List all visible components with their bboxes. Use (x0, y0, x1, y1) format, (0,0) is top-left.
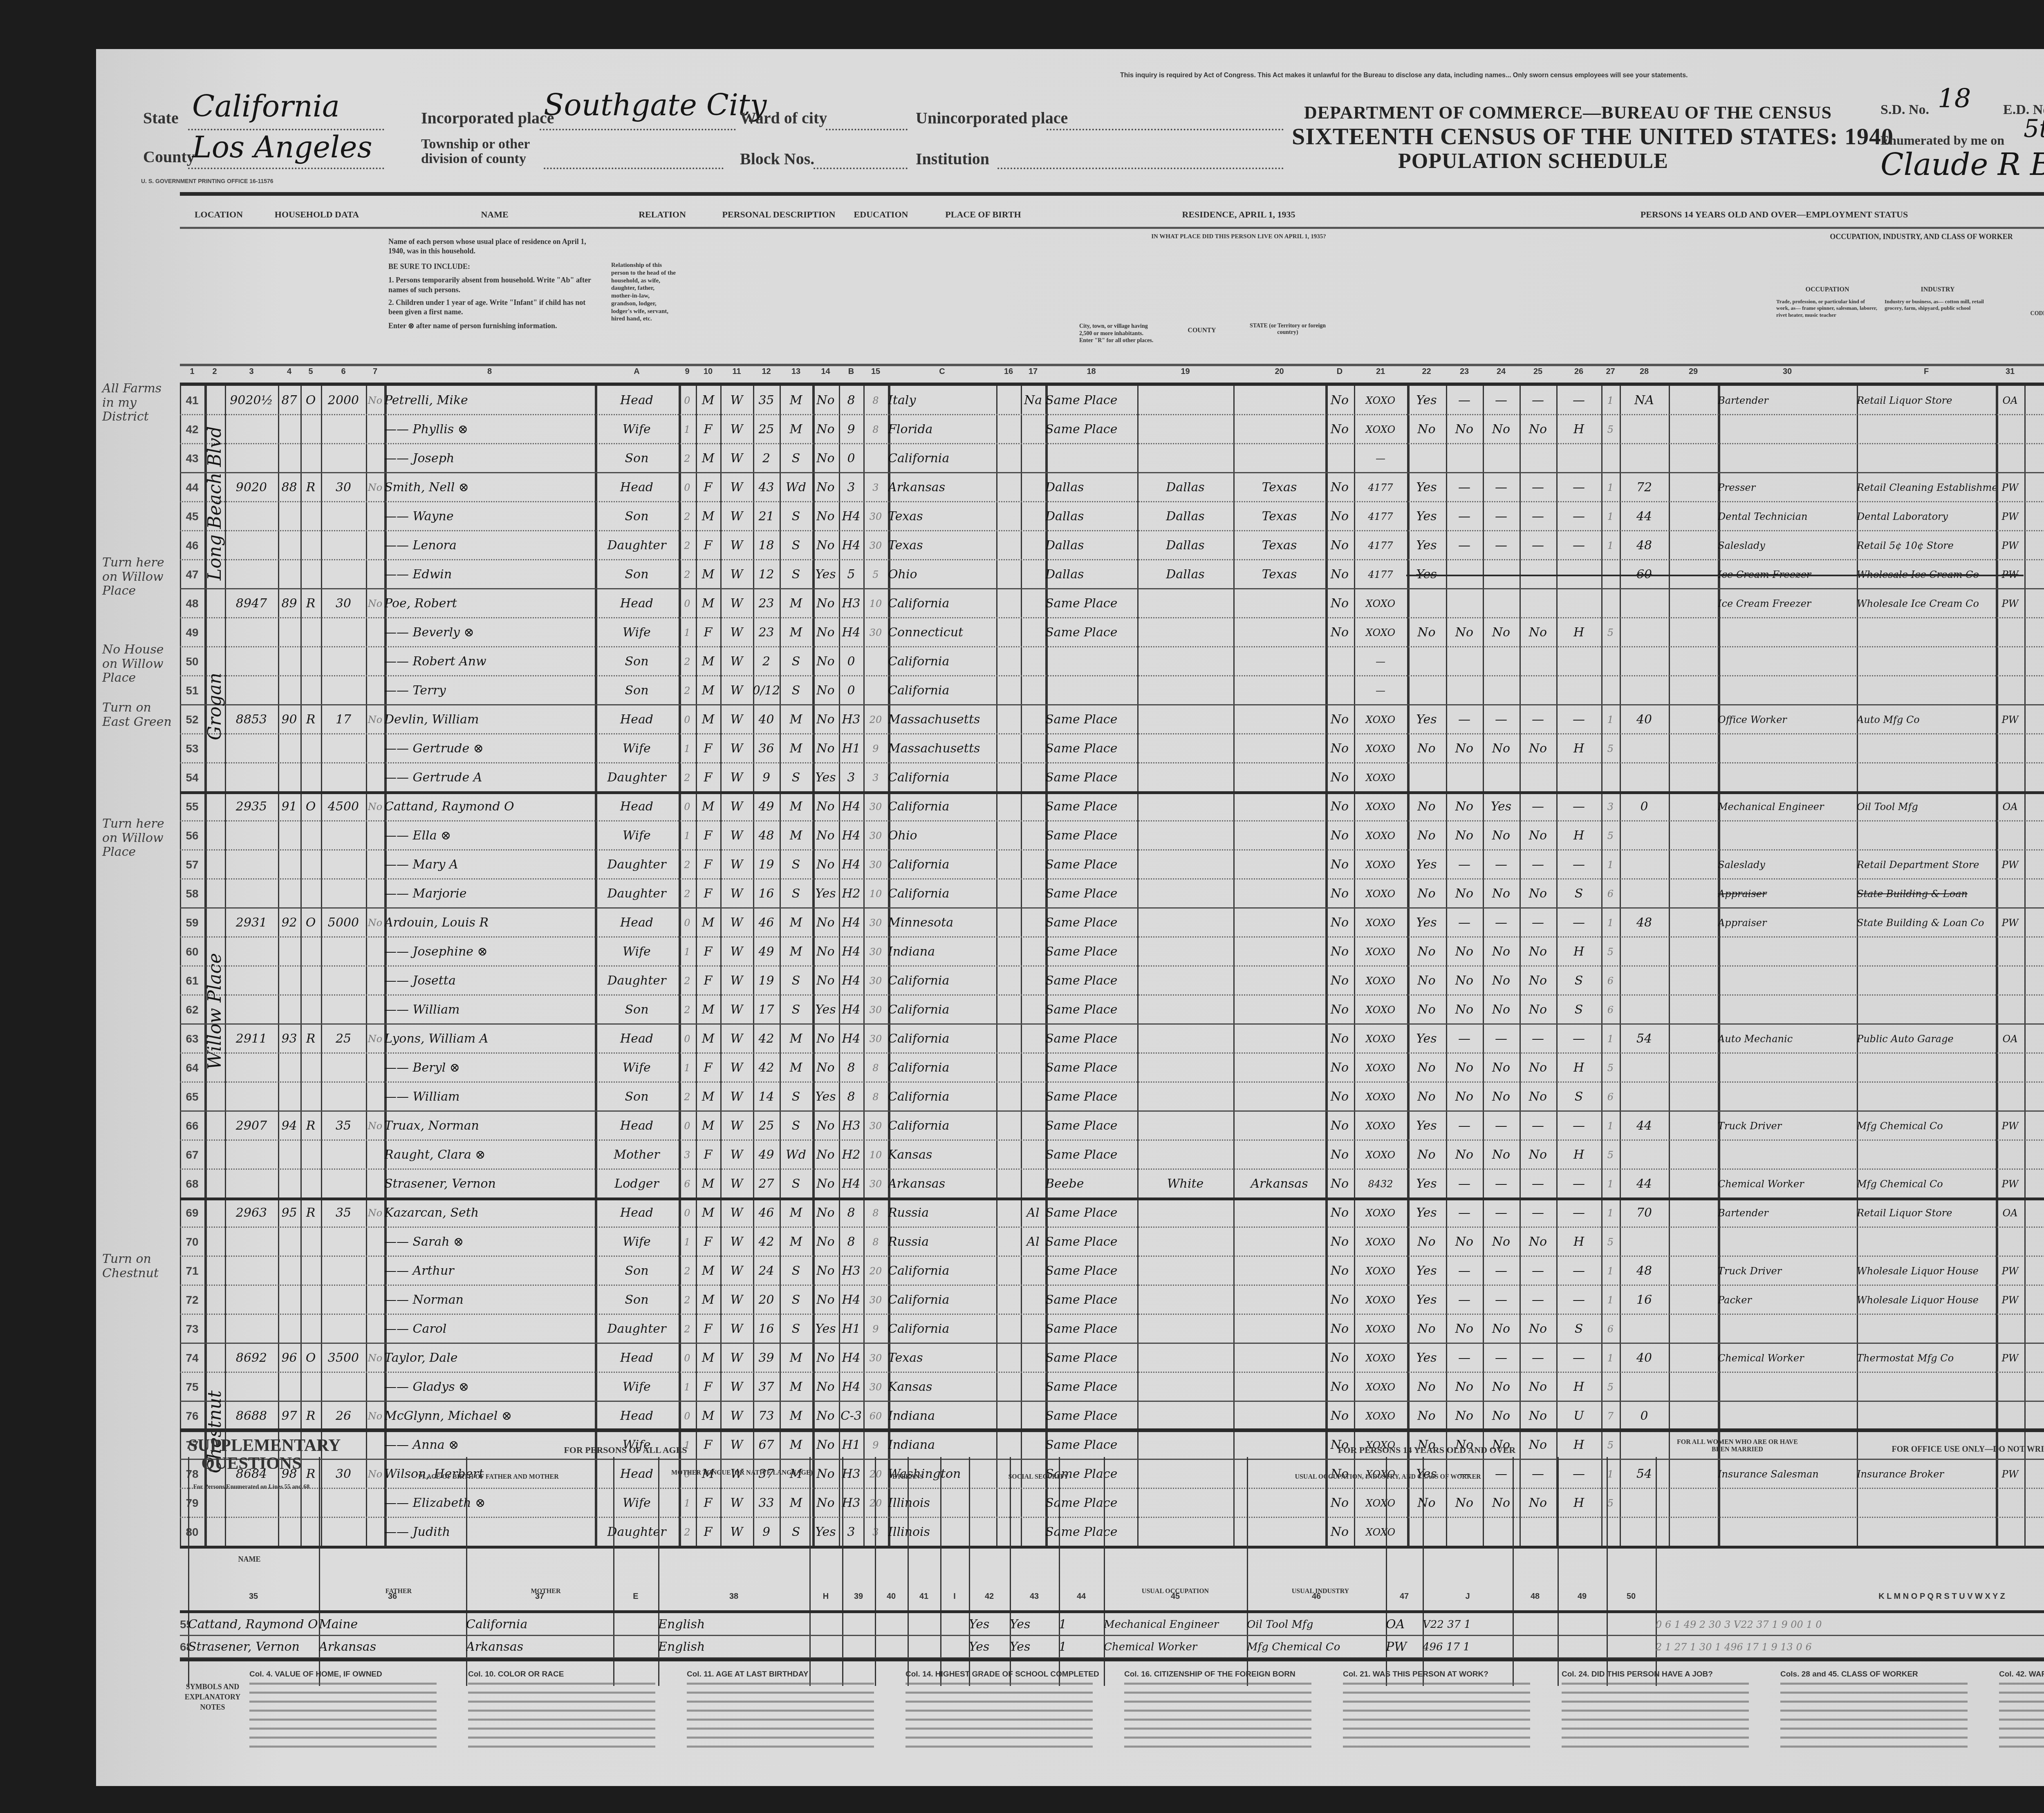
cell-race: W (720, 792, 753, 821)
cell-code-c (996, 1024, 1021, 1053)
cell-farm: No (366, 1198, 384, 1227)
column-number: 30 (1718, 367, 1857, 383)
cell-occupation (1718, 1227, 1857, 1256)
cell-industry (1857, 676, 1996, 705)
cell-age: 24 (753, 1256, 780, 1285)
cell-birthplace: California (888, 763, 996, 792)
cell-w25: — (1556, 502, 1601, 531)
column-number-row: 12345678A91011121314B15C1617181920D21222… (180, 367, 2044, 383)
cell-occupation (1718, 734, 1857, 763)
cell-res-city: Same Place (1045, 1227, 1137, 1256)
table-row: 68Strasener, VernonLodger6MW27SNoH430Ark… (180, 1169, 2044, 1198)
column-number: 20 (1233, 367, 1325, 383)
cell-sex: M (696, 647, 720, 676)
cell-farm (366, 1256, 384, 1285)
cell-w22: No (1446, 1372, 1483, 1401)
cell-school: No (812, 734, 839, 763)
cell-house (225, 1140, 278, 1169)
cell-w23: — (1483, 1169, 1520, 1198)
supp-cell-w48 (1513, 1613, 1558, 1636)
table-row: 71—— ArthurSon2MW24SNoH320CaliforniaSame… (180, 1256, 2044, 1285)
cell-w21: Yes (1407, 705, 1446, 734)
cell-house: 9020½ (225, 386, 278, 415)
cell-code-c (996, 966, 1021, 995)
cell-farm35: No (1325, 966, 1354, 995)
cell-grade: 8 (839, 1227, 863, 1256)
cell-farm35: No (1325, 1053, 1354, 1082)
cell-school: No (812, 589, 839, 618)
group-relation: RELATION (609, 202, 715, 227)
table-row: 55293591O4500NoCattand, Raymond OHead0MW… (180, 792, 2044, 821)
cell-code-a: 1 (679, 618, 696, 647)
name-instructions: Name of each person whose usual place of… (388, 237, 601, 331)
cell-line: 54 (180, 763, 204, 792)
column-number: 31 (1996, 367, 2024, 383)
cell-line: 62 (180, 995, 204, 1024)
group-household: HOUSEHOLD DATA (251, 202, 382, 227)
cell-code-e: 5 (1601, 937, 1620, 966)
supp-cell-name: Cattand, Raymond O (188, 1613, 319, 1636)
table-row: 69296395R35NoKazarcan, SethHead0MW46MNo8… (180, 1198, 2044, 1227)
cell-citizen (1021, 734, 1045, 763)
cell-w24: No (1520, 1401, 1556, 1430)
cell-sex: M (696, 995, 720, 1024)
cell-hours (1620, 647, 1669, 676)
supp-column-number: 44 (1059, 1592, 1104, 1608)
column-number: 22 (1407, 367, 1446, 383)
cell-farm: No (366, 386, 384, 415)
cell-code-f (2024, 1314, 2044, 1343)
cell-w21 (1407, 763, 1446, 792)
cell-hours (1620, 1082, 1669, 1111)
cell-school: No (812, 821, 839, 850)
cell-value (321, 676, 366, 705)
cell-code-c (996, 560, 1021, 589)
cell-birthplace: Indiana (888, 1401, 996, 1430)
supp-cell-w49 (1558, 1636, 1607, 1658)
cell-house: 8853 (225, 705, 278, 734)
cell-age: 42 (753, 1227, 780, 1256)
cell-res-city: Same Place (1045, 937, 1137, 966)
cell-race: W (720, 386, 753, 415)
cell-hours (1620, 966, 1669, 995)
cell-res-state (1233, 618, 1325, 647)
cell-weeks-unemp (1669, 995, 1718, 1024)
cell-school: No (812, 908, 839, 937)
cell-birthplace: Ohio (888, 560, 996, 589)
cell-code-b: 3 (863, 763, 888, 792)
schedule-title: POPULATION SCHEDULE (1398, 149, 1668, 173)
cell-res-county (1137, 1082, 1233, 1111)
supp-cell-tongue: English (658, 1636, 809, 1658)
cell-res-state (1233, 908, 1325, 937)
cell-code-d: XOXO (1354, 705, 1407, 734)
cell-code-c (996, 995, 1021, 1024)
cell-tenure (300, 1372, 321, 1401)
cell-age: 36 (753, 734, 780, 763)
cell-hours: 48 (1620, 1256, 1669, 1285)
cell-street (204, 1227, 225, 1256)
cell-line: 49 (180, 618, 204, 647)
cell-relation: Wife (595, 1053, 679, 1082)
cell-code-e: 1 (1601, 531, 1620, 560)
cell-farm (366, 821, 384, 850)
cell-line: 52 (180, 705, 204, 734)
cell-industry (1857, 1082, 1996, 1111)
cell-code-b: 30 (863, 531, 888, 560)
cell-res-state (1233, 705, 1325, 734)
group-location: LOCATION (188, 202, 249, 227)
cell-value: 30 (321, 473, 366, 502)
cell-w25 (1556, 676, 1601, 705)
table-row: 53—— Gertrude ⊗Wife1FW36MNoH19Massachuse… (180, 734, 2044, 763)
cell-relation: Head (595, 1343, 679, 1372)
cell-relation: Mother (595, 1140, 679, 1169)
cell-relation: Son (595, 995, 679, 1024)
cell-res-state (1233, 415, 1325, 444)
cell-code-f: 496 88 1 (2024, 473, 2044, 502)
cell-school: No (812, 1256, 839, 1285)
cell-w21: Yes (1407, 1285, 1446, 1314)
table-row: 63291193R25NoLyons, William AHead0MW42MN… (180, 1024, 2044, 1053)
cell-class (1996, 821, 2024, 850)
cell-citizen (1021, 1372, 1045, 1401)
cell-code-f: 493 17 1 (2024, 1169, 2044, 1198)
cell-weeks-unemp (1669, 618, 1718, 647)
cell-name: Ardouin, Louis R (384, 908, 595, 937)
cell-farm (366, 1285, 384, 1314)
cell-race: W (720, 1053, 753, 1082)
cell-age: 42 (753, 1024, 780, 1053)
cell-farm (366, 734, 384, 763)
cell-hours: 0 (1620, 792, 1669, 821)
cell-hh (278, 560, 300, 589)
cell-w23: No (1483, 1227, 1520, 1256)
cell-tenure: R (300, 473, 321, 502)
supp-cell-ss42: Yes (969, 1613, 1010, 1636)
cell-age: 2 (753, 647, 780, 676)
supp-column-number: H (809, 1592, 842, 1608)
cell-marital: M (780, 1198, 812, 1227)
cell-res-state: Texas (1233, 473, 1325, 502)
industry-instructions: Industry or business, as— cotton mill, r… (1885, 298, 1991, 312)
cell-code-d: XOXO (1354, 1372, 1407, 1401)
table-row: 60—— Josephine ⊗Wife1FW49MNoH430IndianaS… (180, 937, 2044, 966)
cell-hh (278, 1053, 300, 1082)
cell-relation: Son (595, 1256, 679, 1285)
table-row: 48894789R30NoPoe, RobertHead0MW23MNoH310… (180, 589, 2044, 618)
cell-grade: H1 (839, 734, 863, 763)
cell-w21: Yes (1407, 473, 1446, 502)
cell-weeks-unemp (1669, 386, 1718, 415)
cell-age: 2 (753, 444, 780, 473)
cell-value (321, 1140, 366, 1169)
cell-occupation (1718, 647, 1857, 676)
group-residence: RESIDENCE, APRIL 1, 1935 (1075, 202, 1402, 227)
cell-race: W (720, 1024, 753, 1053)
cell-code-f (2024, 1372, 2044, 1401)
cell-marital: M (780, 386, 812, 415)
supp-cell-w50 (1607, 1613, 1656, 1636)
cell-res-city: Same Place (1045, 1285, 1137, 1314)
cell-house (225, 444, 278, 473)
cell-grade: 0 (839, 647, 863, 676)
cell-weeks-unemp (1669, 1343, 1718, 1372)
sd-label: S.D. No. (1880, 102, 1929, 118)
cell-code-f (2024, 879, 2044, 908)
cell-w21: No (1407, 792, 1446, 821)
cell-code-d: XOXO (1354, 1198, 1407, 1227)
cell-line: 66 (180, 1111, 204, 1140)
column-number: C (888, 367, 996, 383)
cell-code-d: XOXO (1354, 386, 1407, 415)
cell-occupation: Truck Driver (1718, 1111, 1857, 1140)
cell-code-d: XOXO (1354, 1024, 1407, 1053)
cell-code-f (2024, 1401, 2044, 1430)
cell-hh: 87 (278, 386, 300, 415)
footnote-block: Col. 10. COLOR OR RACE (468, 1670, 681, 1752)
column-number: 6 (321, 367, 366, 383)
supp-cell-office: 0 6 1 49 2 30 3 V22 37 1 9 00 1 0 (1656, 1613, 2044, 1636)
cell-race: W (720, 1256, 753, 1285)
margin-note: Turn here on Willow Place (102, 817, 176, 859)
cell-race: W (720, 908, 753, 937)
cell-citizen (1021, 1314, 1045, 1343)
cell-farm35: No (1325, 1024, 1354, 1053)
cell-occupation (1718, 966, 1857, 995)
cell-birthplace: Indiana (888, 937, 996, 966)
cell-w23: — (1483, 705, 1520, 734)
cell-birthplace: California (888, 1024, 996, 1053)
cell-hours (1620, 850, 1669, 879)
cell-farm35: No (1325, 473, 1354, 502)
supp-column-number: 39 (842, 1592, 875, 1608)
cell-code-e: 1 (1601, 502, 1620, 531)
supp-row: 55Cattand, Raymond OMaineCaliforniaEngli… (180, 1613, 2044, 1636)
cell-w25: S (1556, 995, 1601, 1024)
cell-code-d: XOXO (1354, 589, 1407, 618)
cell-sex: F (696, 734, 720, 763)
supp-veterans: VETERANS (840, 1473, 971, 1481)
cell-res-city: Same Place (1045, 415, 1137, 444)
cell-citizen (1021, 1140, 1045, 1169)
cell-house (225, 1314, 278, 1343)
cell-citizen (1021, 1024, 1045, 1053)
cell-hh (278, 531, 300, 560)
cell-relation: Wife (595, 734, 679, 763)
supp-cell-line: 55 (180, 1613, 188, 1636)
cell-res-state (1233, 1111, 1325, 1140)
cell-hh (278, 444, 300, 473)
cell-name: —— Joseph (384, 444, 595, 473)
cell-house (225, 821, 278, 850)
cell-name: Devlin, William (384, 705, 595, 734)
cell-birthplace: Texas (888, 1343, 996, 1372)
unincorporated-label: Unincorporated place (916, 108, 1068, 128)
cell-farm35: No (1325, 502, 1354, 531)
cell-line: 68 (180, 1169, 204, 1198)
incorporated-place-label: Incorporated place (421, 108, 554, 128)
cell-industry: Oil Tool Mfg (1857, 792, 1996, 821)
cell-name: —— Gertrude A (384, 763, 595, 792)
cell-w22: — (1446, 705, 1483, 734)
cell-hh (278, 1372, 300, 1401)
cell-w22: — (1446, 850, 1483, 879)
cell-code-a: 1 (679, 415, 696, 444)
cell-code-b: 30 (863, 966, 888, 995)
cell-relation: Head (595, 1198, 679, 1227)
cell-industry (1857, 1140, 1996, 1169)
column-number: 11 (720, 367, 753, 383)
cell-w23: — (1483, 1256, 1520, 1285)
cell-race: W (720, 1140, 753, 1169)
cell-marital: M (780, 589, 812, 618)
cell-w21: Yes (1407, 850, 1446, 879)
cell-res-state (1233, 1140, 1325, 1169)
supp-column-number: 46 (1247, 1592, 1386, 1608)
cell-citizen (1021, 1111, 1045, 1140)
cell-code-e: 1 (1601, 1343, 1620, 1372)
cell-hh: 96 (278, 1343, 300, 1372)
cell-birthplace: Russia (888, 1227, 996, 1256)
cell-farm (366, 879, 384, 908)
cell-street (204, 1285, 225, 1314)
cell-house: 2931 (225, 908, 278, 937)
cell-occupation (1718, 937, 1857, 966)
cell-industry: Retail Liquor Store (1857, 1198, 1996, 1227)
supp-cell-v39 (842, 1613, 875, 1636)
cell-house: 2907 (225, 1111, 278, 1140)
cell-age: 48 (753, 821, 780, 850)
cell-age: 37 (753, 1372, 780, 1401)
cell-code-d: XOXO (1354, 1343, 1407, 1372)
department-title: DEPARTMENT OF COMMERCE—BUREAU OF THE CEN… (1304, 102, 1832, 123)
cell-birthplace: California (888, 995, 996, 1024)
cell-tenure (300, 966, 321, 995)
cell-code-b: 3 (863, 473, 888, 502)
cell-w23 (1483, 676, 1520, 705)
cell-farm: No (366, 908, 384, 937)
column-number: 19 (1137, 367, 1233, 383)
supp-column-number: K L M N O P Q R S T U V W X Y Z (1656, 1592, 2044, 1608)
cell-class (1996, 1140, 2024, 1169)
cell-occupation: Mechanical Engineer (1718, 792, 1857, 821)
table-row: 65—— WilliamSon2MW14SYes88CaliforniaSame… (180, 1082, 2044, 1111)
cell-hh (278, 821, 300, 850)
cell-age: 40 (753, 705, 780, 734)
cell-code-a: 2 (679, 1082, 696, 1111)
cell-line: 46 (180, 531, 204, 560)
cell-citizen (1021, 937, 1045, 966)
cell-occupation: Appraiser (1718, 879, 1857, 908)
cell-code-e: 5 (1601, 1140, 1620, 1169)
cell-race: W (720, 1372, 753, 1401)
cell-race: W (720, 1169, 753, 1198)
cell-w23: No (1483, 1053, 1520, 1082)
cell-hours (1620, 618, 1669, 647)
cell-age: 43 (753, 473, 780, 502)
cell-code-f: V70 92 1 (2024, 502, 2044, 531)
cell-citizen (1021, 415, 1045, 444)
supp-cell-codeH (809, 1613, 842, 1636)
cell-birthplace: California (888, 589, 996, 618)
cell-res-city: Same Place (1045, 1372, 1137, 1401)
cell-farm (366, 647, 384, 676)
cell-farm35: No (1325, 1401, 1354, 1430)
cell-line: 56 (180, 821, 204, 850)
cell-marital: M (780, 705, 812, 734)
cell-code-e: 6 (1601, 995, 1620, 1024)
cell-value (321, 1256, 366, 1285)
cell-class: PW (1996, 531, 2024, 560)
cell-farm (366, 1053, 384, 1082)
cell-grade: 8 (839, 1053, 863, 1082)
cell-occupation: Chemical Worker (1718, 1343, 1857, 1372)
cell-birthplace: California (888, 1285, 996, 1314)
cell-code-d: XOXO (1354, 937, 1407, 966)
footnote-block: Cols. 28 and 45. CLASS OF WORKER (1780, 1670, 1993, 1752)
cell-value (321, 647, 366, 676)
cell-value (321, 995, 366, 1024)
cell-w22: No (1446, 821, 1483, 850)
cell-w21: No (1407, 415, 1446, 444)
cell-w22: No (1446, 966, 1483, 995)
supp-cell-v41 (908, 1636, 940, 1658)
cell-grade: H4 (839, 850, 863, 879)
cell-occupation: Presser (1718, 473, 1857, 502)
cell-farm35: No (1325, 1285, 1354, 1314)
supp-cell-ss44: 1 (1059, 1636, 1104, 1658)
cell-code-a: 0 (679, 1198, 696, 1227)
cell-hours (1620, 879, 1669, 908)
cell-code-d: XOXO (1354, 1053, 1407, 1082)
cell-w25: — (1556, 1343, 1601, 1372)
cell-marital: S (780, 1111, 812, 1140)
cell-marital: M (780, 1053, 812, 1082)
cell-w23: No (1483, 1314, 1520, 1343)
cell-school: No (812, 473, 839, 502)
cell-relation: Head (595, 1111, 679, 1140)
cell-w24 (1520, 676, 1556, 705)
table-row: 67Raught, Clara ⊗Mother3FW49WdNoH210Kans… (180, 1140, 2044, 1169)
cell-value (321, 850, 366, 879)
cell-res-city: Dallas (1045, 560, 1137, 589)
res-county-header: COUNTY (1165, 327, 1239, 334)
cell-relation: Daughter (595, 1314, 679, 1343)
cell-res-county (1137, 1198, 1233, 1227)
footnote-block: Col. 16. CITIZENSHIP OF THE FOREIGN BORN (1124, 1670, 1337, 1752)
cell-res-county (1137, 763, 1233, 792)
cell-name: —— Josetta (384, 966, 595, 995)
cell-hh (278, 734, 300, 763)
cell-farm: No (366, 1024, 384, 1053)
cell-code-a: 1 (679, 734, 696, 763)
cell-hours: 70 (1620, 1198, 1669, 1227)
cell-line: 48 (180, 589, 204, 618)
cell-occupation (1718, 618, 1857, 647)
cell-farm (366, 618, 384, 647)
cell-hours (1620, 444, 1669, 473)
cell-w24: — (1520, 1343, 1556, 1372)
cell-code-e: 6 (1601, 879, 1620, 908)
cell-w25: — (1556, 705, 1601, 734)
supp-social-security: SOCIAL SECURITY (977, 1473, 1100, 1481)
cell-line: 69 (180, 1198, 204, 1227)
cell-code-e: 1 (1601, 850, 1620, 879)
cell-code-e: 1 (1601, 705, 1620, 734)
cell-w21: No (1407, 618, 1446, 647)
supp-cell-name: Strasener, Vernon (188, 1636, 319, 1658)
